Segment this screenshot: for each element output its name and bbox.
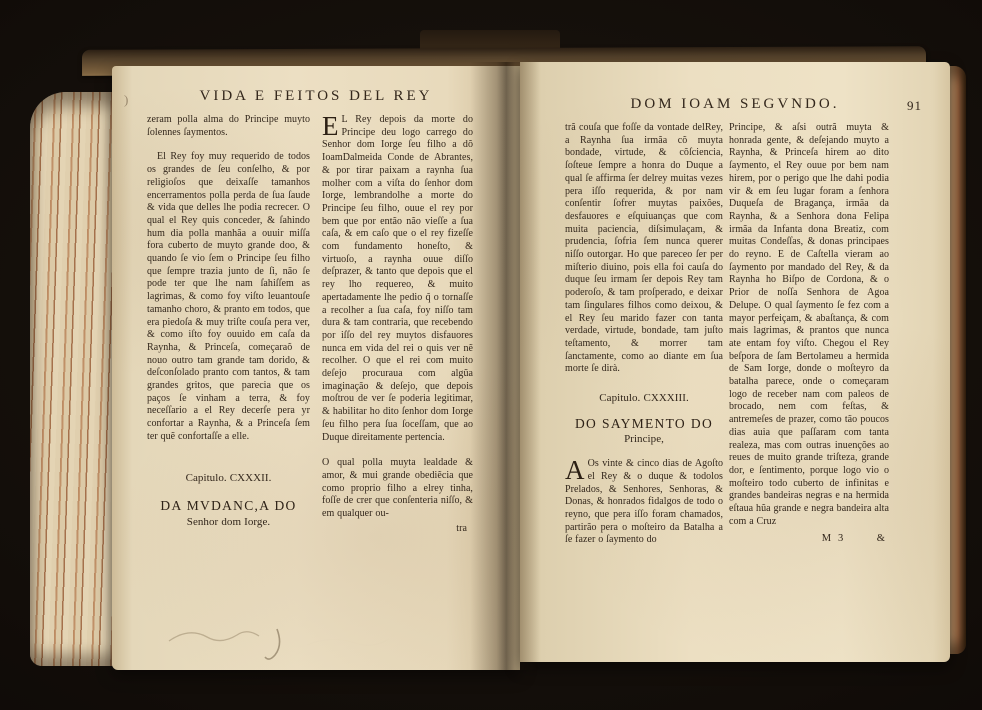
left-page-stack-edge bbox=[30, 92, 118, 666]
paragraph-text: Os vinte & cinco dias de Agoſto el Rey &… bbox=[565, 458, 723, 545]
paragraph-continuation: trã couſa que foſſe da vontade delRey, a… bbox=[565, 122, 723, 376]
catchword: & bbox=[877, 533, 885, 546]
running-header-left: VIDA E FEITOS DEL REY bbox=[112, 88, 520, 106]
chapter-heading: Capitulo. CXXXIII. bbox=[565, 392, 723, 405]
paragraph: O qual polla muyta lealdade & amor, & mu… bbox=[322, 457, 473, 521]
chapter-title: DO SAYMENTO DO bbox=[565, 418, 723, 431]
paragraph-with-dropcap: AOs vinte & cinco dias de Agoſto el Rey … bbox=[565, 458, 723, 547]
paragraph-continuation: zeram polla alma do Principe muyto ſolen… bbox=[147, 114, 310, 139]
drop-cap-initial: E bbox=[322, 114, 342, 138]
paragraph: Principe, & aſsi outrã muyta & honrada g… bbox=[729, 122, 889, 529]
right-page: DOM IOAM SEGVNDO. 91 trã couſa que foſſe… bbox=[520, 62, 950, 662]
bleed-mark: ) bbox=[124, 92, 128, 108]
signature-row: M 3 & bbox=[729, 533, 889, 546]
catchword: tra bbox=[322, 523, 473, 536]
paragraph-text: L Rey depois da morte do Principe deu lo… bbox=[322, 114, 473, 443]
left-page-columns: zeram polla alma do Principe muyto ſolen… bbox=[147, 114, 520, 646]
running-header-right: DOM IOAM SEGVNDO. bbox=[520, 96, 950, 114]
right-header-row: DOM IOAM SEGVNDO. 91 bbox=[520, 96, 950, 114]
chapter-subtitle: Principe, bbox=[565, 433, 723, 446]
chapter-subtitle: Senhor dom Iorge. bbox=[147, 516, 310, 529]
open-book: ) VIDA E FEITOS DEL REY zeram polla alma… bbox=[28, 18, 948, 694]
left-column-2: EL Rey depois da morte do Principe deu l… bbox=[322, 114, 473, 646]
paragraph-with-dropcap: EL Rey depois da morte do Principe deu l… bbox=[322, 114, 473, 444]
left-page: ) VIDA E FEITOS DEL REY zeram polla alma… bbox=[112, 66, 520, 670]
paragraph: El Rey foy muy requerido de todos os gra… bbox=[147, 151, 310, 443]
right-column-2: Principe, & aſsi outrã muyta & honrada g… bbox=[729, 122, 889, 638]
page-number: 91 bbox=[907, 98, 922, 114]
chapter-title: DA MVDANC,A DO bbox=[147, 500, 310, 513]
chapter-heading: Capitulo. CXXXII. bbox=[147, 472, 310, 485]
left-column-1: zeram polla alma do Principe muyto ſolen… bbox=[147, 114, 310, 646]
drop-cap-initial: A bbox=[565, 458, 588, 482]
right-column-1: trã couſa que foſſe da vontade delRey, a… bbox=[565, 122, 723, 638]
right-page-columns: trã couſa que foſſe da vontade delRey, a… bbox=[565, 122, 950, 638]
signature-mark: M 3 bbox=[822, 533, 846, 546]
